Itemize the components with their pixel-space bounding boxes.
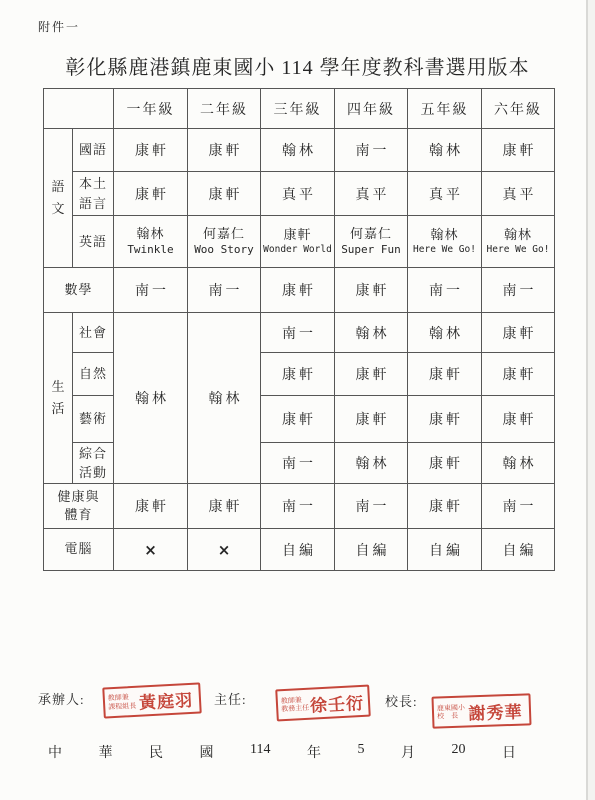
cell-guoyu-g5: 翰林 bbox=[408, 129, 482, 172]
english-series: Super Fun bbox=[335, 243, 407, 257]
stamp-title: 教師兼 教務主任 bbox=[281, 695, 310, 713]
subject-label-math: 數學 bbox=[44, 268, 114, 313]
cell-computer-g1: × bbox=[114, 529, 188, 571]
page-title: 彰化縣鹿港鎮鹿東國小 114 學年度教科書選用版本 bbox=[0, 51, 595, 80]
cell-computer-g4: 自編 bbox=[335, 529, 408, 571]
attachment-label: 附件一 bbox=[38, 18, 80, 35]
date-part: 20 bbox=[451, 742, 465, 762]
date-part: 國 bbox=[200, 742, 214, 762]
english-series: Wonder World bbox=[261, 244, 334, 256]
cell-integrated-g3: 南一 bbox=[261, 443, 335, 484]
date-part: 月 bbox=[401, 742, 415, 762]
cell-social-g3: 南一 bbox=[261, 313, 335, 353]
subject-label-bentu: 本土 語言 bbox=[73, 172, 114, 216]
english-publisher: 翰林 bbox=[482, 227, 554, 243]
grade-header-1: 一年級 bbox=[114, 89, 188, 129]
date-part: 年 bbox=[307, 742, 321, 762]
group-label-language: 語 文 bbox=[44, 129, 73, 268]
cell-life-g1-merged: 翰林 bbox=[114, 313, 188, 484]
cell-health-g4: 南一 bbox=[335, 484, 408, 529]
date-part: 114 bbox=[250, 742, 270, 762]
cell-math-g1: 南一 bbox=[114, 268, 188, 313]
subject-label-health-pe: 健康與 體育 bbox=[44, 484, 114, 529]
scan-right-strip bbox=[588, 0, 595, 800]
cell-social-g4: 翰林 bbox=[335, 313, 408, 353]
cell-science-g6: 康軒 bbox=[482, 353, 555, 396]
english-publisher: 何嘉仁 bbox=[188, 226, 260, 242]
grade-header-6: 六年級 bbox=[482, 89, 555, 129]
subject-label-computer: 電腦 bbox=[44, 529, 114, 571]
cell-health-g2: 康軒 bbox=[188, 484, 261, 529]
cell-math-g6: 南一 bbox=[482, 268, 555, 313]
cell-science-g5: 康軒 bbox=[408, 353, 482, 396]
row-math: 數學 南一 南一 康軒 康軒 南一 南一 bbox=[44, 268, 555, 313]
english-publisher: 翰林 bbox=[114, 226, 187, 242]
grade-header-3: 三年級 bbox=[261, 89, 335, 129]
english-series: Woo Story bbox=[188, 243, 260, 257]
grade-header-4: 四年級 bbox=[335, 89, 408, 129]
scanned-document-page: 附件一 彰化縣鹿港鎮鹿東國小 114 學年度教科書選用版本 一年級 二年級 三年… bbox=[0, 0, 595, 800]
cell-health-g3: 南一 bbox=[261, 484, 335, 529]
cell-math-g3: 康軒 bbox=[261, 268, 335, 313]
cell-science-g3: 康軒 bbox=[261, 353, 335, 396]
cell-english-g3: 康軒 Wonder World bbox=[261, 216, 335, 268]
cell-english-g5: 翰林 Here We Go! bbox=[408, 216, 482, 268]
stamp-name: 黃庭羽 bbox=[135, 686, 196, 714]
cell-guoyu-g2: 康軒 bbox=[188, 129, 261, 172]
cell-science-g4: 康軒 bbox=[335, 353, 408, 396]
stamp-title: 教師兼 課程組長 bbox=[108, 693, 137, 711]
director-label: 主任: bbox=[214, 689, 247, 708]
cell-bentu-g5: 真平 bbox=[408, 172, 482, 216]
cell-bentu-g2: 康軒 bbox=[188, 172, 261, 216]
stamp-name: 謝秀華 bbox=[465, 697, 527, 724]
cell-bentu-g6: 真平 bbox=[482, 172, 555, 216]
subject-label-science: 自然 bbox=[73, 353, 114, 396]
row-social: 生 活 社會 翰林 翰林 南一 翰林 翰林 康軒 bbox=[44, 313, 555, 353]
subject-label-guoyu: 國語 bbox=[73, 129, 114, 172]
cell-bentu-g4: 真平 bbox=[335, 172, 408, 216]
cell-integrated-g4: 翰林 bbox=[335, 443, 408, 484]
corner-cell bbox=[44, 89, 114, 129]
grade-header-2: 二年級 bbox=[188, 89, 261, 129]
cell-arts-g6: 康軒 bbox=[482, 396, 555, 443]
cell-guoyu-g6: 康軒 bbox=[482, 129, 555, 172]
header-row: 一年級 二年級 三年級 四年級 五年級 六年級 bbox=[44, 89, 555, 129]
principal-stamp: 鹿東國小 校 長 謝秀華 bbox=[431, 693, 531, 728]
cell-guoyu-g4: 南一 bbox=[335, 129, 408, 172]
cell-health-g1: 康軒 bbox=[114, 484, 188, 529]
roc-date-line: 中 華 民 國 114 年 5 月 20 日 bbox=[48, 742, 516, 762]
director-stamp: 教師兼 教務主任 徐壬衍 bbox=[275, 685, 371, 722]
stamp-name: 徐壬衍 bbox=[308, 688, 365, 716]
textbook-table: 一年級 二年級 三年級 四年級 五年級 六年級 語 文 國語 康軒 康軒 翰林 … bbox=[43, 88, 555, 571]
cell-math-g4: 康軒 bbox=[335, 268, 408, 313]
cell-social-g5: 翰林 bbox=[408, 313, 482, 353]
cell-computer-g3: 自編 bbox=[261, 529, 335, 571]
cell-social-g6: 康軒 bbox=[482, 313, 555, 353]
cell-english-g1: 翰林 Twinkle bbox=[114, 216, 188, 268]
row-computer: 電腦 × × 自編 自編 自編 自編 bbox=[44, 529, 555, 571]
cell-arts-g3: 康軒 bbox=[261, 396, 335, 443]
cell-computer-g2: × bbox=[188, 529, 261, 571]
cell-integrated-g6: 翰林 bbox=[482, 443, 555, 484]
group-label-life: 生 活 bbox=[44, 313, 73, 484]
cell-english-g2: 何嘉仁 Woo Story bbox=[188, 216, 261, 268]
stamp-title: 鹿東國小 校 長 bbox=[437, 703, 466, 721]
cell-math-g2: 南一 bbox=[188, 268, 261, 313]
cell-guoyu-g1: 康軒 bbox=[114, 129, 188, 172]
subject-label-social: 社會 bbox=[73, 313, 114, 353]
cell-bentu-g3: 真平 bbox=[261, 172, 335, 216]
cell-arts-g4: 康軒 bbox=[335, 396, 408, 443]
scan-edge-line bbox=[586, 0, 588, 800]
cell-health-g5: 康軒 bbox=[408, 484, 482, 529]
row-bentu: 本土 語言 康軒 康軒 真平 真平 真平 真平 bbox=[44, 172, 555, 216]
date-part: 日 bbox=[502, 742, 516, 762]
date-part: 5 bbox=[357, 742, 364, 762]
cell-math-g5: 南一 bbox=[408, 268, 482, 313]
cell-health-g6: 南一 bbox=[482, 484, 555, 529]
row-guoyu: 語 文 國語 康軒 康軒 翰林 南一 翰林 康軒 bbox=[44, 129, 555, 172]
principal-label: 校長: bbox=[385, 691, 418, 710]
english-series: Here We Go! bbox=[482, 244, 554, 256]
cell-life-g2-merged: 翰林 bbox=[188, 313, 261, 484]
cell-guoyu-g3: 翰林 bbox=[261, 129, 335, 172]
subject-label-integrated: 綜合 活動 bbox=[73, 443, 114, 484]
cell-english-g6: 翰林 Here We Go! bbox=[482, 216, 555, 268]
cell-computer-g6: 自編 bbox=[482, 529, 555, 571]
english-series: Twinkle bbox=[114, 243, 187, 257]
organizer-label: 承辦人: bbox=[38, 689, 85, 708]
english-publisher: 康軒 bbox=[261, 227, 334, 243]
subject-label-arts: 藝術 bbox=[73, 396, 114, 443]
date-part: 民 bbox=[149, 742, 163, 762]
cell-english-g4: 何嘉仁 Super Fun bbox=[335, 216, 408, 268]
grade-header-5: 五年級 bbox=[408, 89, 482, 129]
subject-label-english: 英語 bbox=[73, 216, 114, 268]
cell-bentu-g1: 康軒 bbox=[114, 172, 188, 216]
english-publisher: 何嘉仁 bbox=[335, 226, 407, 242]
row-english: 英語 翰林 Twinkle 何嘉仁 Woo Story 康軒 Wonder Wo… bbox=[44, 216, 555, 268]
date-part: 中 bbox=[48, 742, 62, 762]
cell-arts-g5: 康軒 bbox=[408, 396, 482, 443]
row-health-pe: 健康與 體育 康軒 康軒 南一 南一 康軒 南一 bbox=[44, 484, 555, 529]
cell-computer-g5: 自編 bbox=[408, 529, 482, 571]
date-part: 華 bbox=[99, 742, 113, 762]
cell-integrated-g5: 康軒 bbox=[408, 443, 482, 484]
english-series: Here We Go! bbox=[408, 244, 481, 256]
english-publisher: 翰林 bbox=[408, 227, 481, 243]
organizer-stamp: 教師兼 課程組長 黃庭羽 bbox=[102, 682, 201, 718]
